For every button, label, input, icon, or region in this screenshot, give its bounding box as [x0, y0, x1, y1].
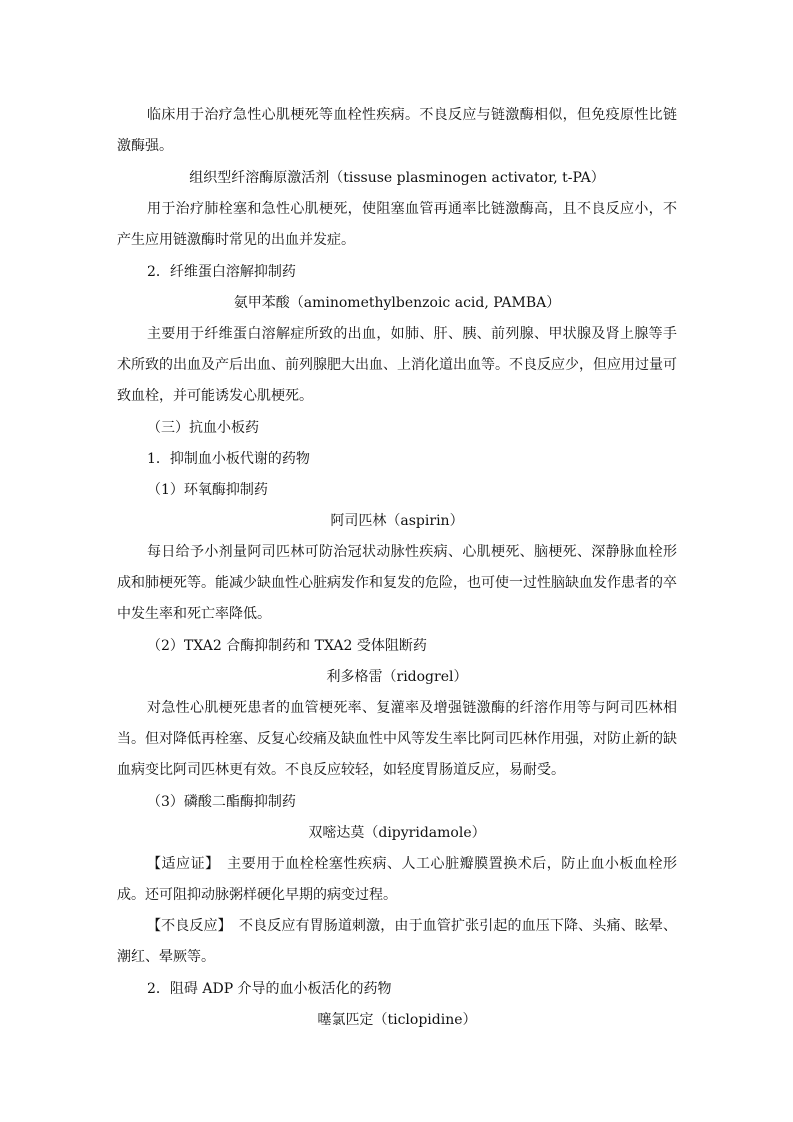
paragraph-aspirin: 每日给予小剂量阿司匹林可防治冠状动脉性疾病、心肌梗死、脑梗死、深静脉血栓形成和肺…	[117, 537, 677, 630]
drug-title-ridogrel: 利多格雷（ridogrel）	[117, 668, 677, 686]
paragraph-tpa: 用于治疗肺栓塞和急性心肌梗死，使阻塞血管再通率比链激酶高，且不良反应小，不产生应…	[117, 194, 677, 256]
paragraph-indications: 【适应证】 主要用于血栓栓塞性疾病、人工心脏瓣膜置换术后，防止血小板血栓形成。还…	[117, 849, 677, 911]
heading-pde-inhibitors: （3）磷酸二酯酶抑制药	[117, 793, 677, 811]
paragraph-ridogrel: 对急性心肌梗死患者的血管梗死率、复灌率及增强链激酶的纤溶作用等与阿司匹林相当。但…	[117, 693, 677, 786]
drug-title-ticlopidine: 噻氯匹定（ticlopidine）	[117, 1011, 677, 1029]
drug-title-dipyridamole: 双嘧达莫（dipyridamole）	[117, 824, 677, 842]
drug-title-aspirin: 阿司匹林（aspirin）	[117, 512, 677, 530]
paragraph-adverse-reactions: 【不良反应】 不良反应有胃肠道刺激，由于血管扩张引起的血压下降、头痛、眩晕、潮红…	[117, 911, 677, 973]
paragraph-pamba: 主要用于纤维蛋白溶解症所致的出血，如肺、肝、胰、前列腺、甲状腺及肾上腺等手术所致…	[117, 319, 677, 412]
drug-title-tpa: 组织型纤溶酶原激活剂（tissuse plasminogen activator…	[117, 169, 677, 187]
paragraph-urokinase-clinical: 临床用于治疗急性心肌梗死等血栓性疾病。不良反应与链激酶相似，但免疫原性比链激酶强…	[117, 100, 677, 162]
heading-cox-inhibitors: （1）环氧酶抑制药	[117, 481, 677, 499]
heading-antiplatelet: （三）抗血小板药	[117, 419, 677, 437]
heading-fibrinolysis-inhibitors: 2．纤维蛋白溶解抑制药	[117, 263, 677, 281]
heading-adp-inhibitors: 2．阻碍 ADP 介导的血小板活化的药物	[117, 980, 677, 998]
heading-txa2: （2）TXA2 合酶抑制药和 TXA2 受体阻断药	[117, 637, 677, 655]
heading-platelet-metabolism: 1．抑制血小板代谢的药物	[117, 450, 677, 468]
drug-title-pamba: 氨甲苯酸（aminomethylbenzoic acid, PAMBA）	[117, 294, 677, 312]
